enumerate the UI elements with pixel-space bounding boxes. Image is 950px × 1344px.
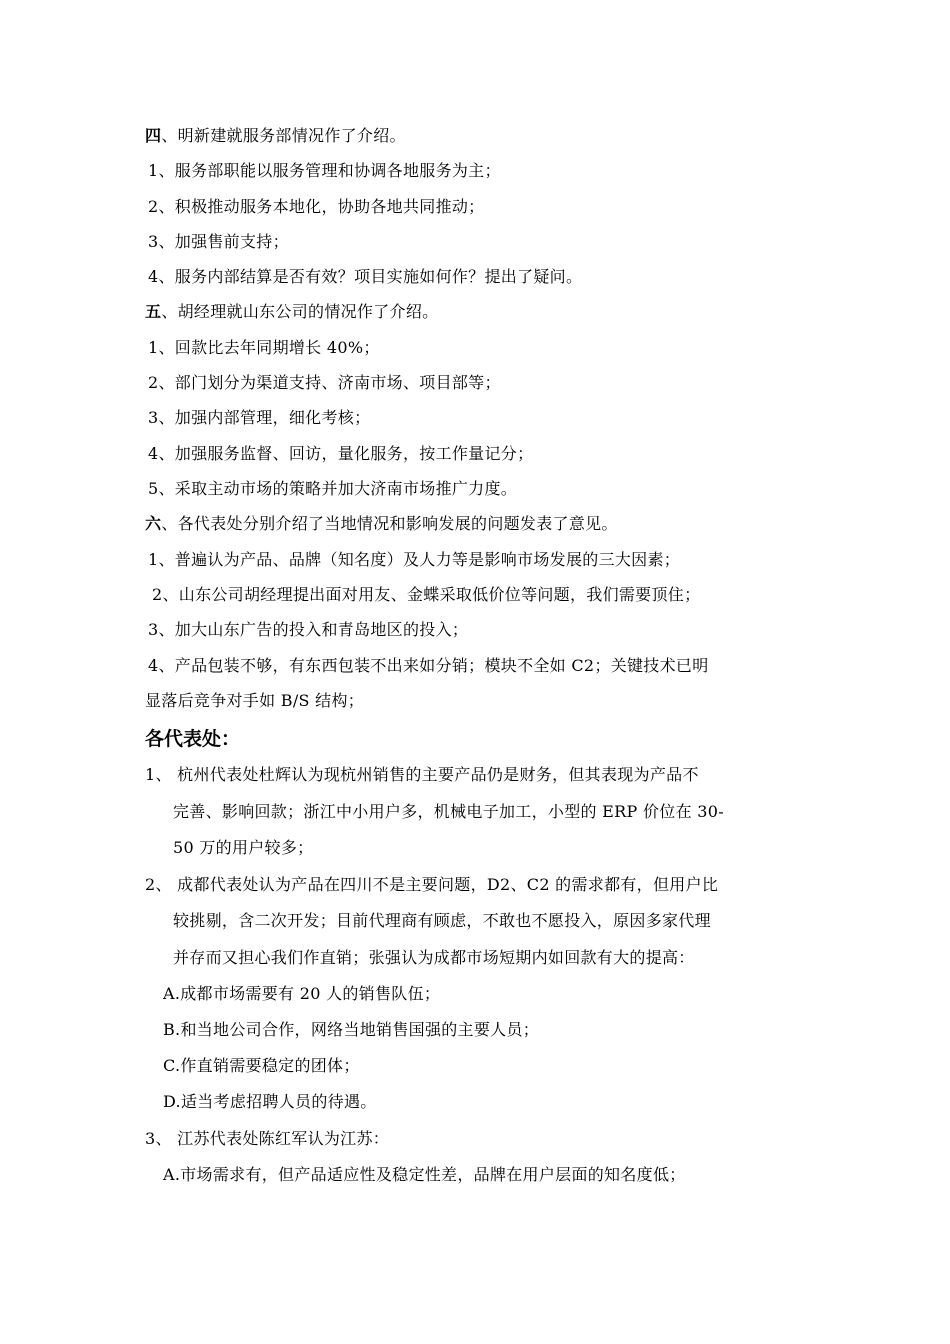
sub-item: A.成都市场需要有 20 人的销售队伍； — [163, 984, 440, 1004]
list-item: 1、普遍认为产品、品牌（知名度）及人力等是影响市场发展的三大因素； — [148, 550, 680, 570]
office-item: 2、 成都代表处认为产品在四川不是主要问题，D2、C2 的需求都有，但用户比 — [145, 875, 718, 895]
list-item: 2、积极推动服务本地化，协助各地共同推动； — [148, 197, 484, 217]
office-item-continuation: 50 万的用户较多； — [173, 838, 313, 858]
list-item: 3、加强内部管理，细化考核； — [148, 408, 370, 428]
list-item: 3、加强售前支持； — [148, 232, 289, 252]
office-item: 1、 杭州代表处杜辉认为现杭州销售的主要产品仍是财务，但其表现为产品不 — [145, 765, 699, 785]
sub-item: A.市场需求有，但产品适应性及稳定性差，品牌在用户层面的知名度低； — [163, 1165, 686, 1185]
office-item: 3、 江苏代表处陈红军认为江苏： — [145, 1129, 389, 1149]
list-item: 4、产品包装不够，有东西包装不出来如分销；模块不全如 C2；关键技术已明 — [148, 656, 709, 676]
section-number: 六 — [145, 514, 161, 533]
list-item: 4、服务内部结算是否有效？项目实施如何作？提出了疑问。 — [148, 267, 582, 287]
section-title: 、胡经理就山东公司的情况作了介绍。 — [161, 302, 438, 321]
list-item: 2、山东公司胡经理提出面对用友、金蝶采取低价位等问题，我们需要顶住； — [152, 585, 700, 605]
list-item: 5、采取主动市场的策略并加大济南市场推广力度。 — [148, 479, 517, 499]
list-item: 3、加大山东广告的投入和青岛地区的投入； — [148, 620, 468, 640]
list-item-continuation: 显落后竞争对手如 B/S 结构； — [145, 691, 364, 711]
sub-item: D.适当考虑招聘人员的待遇。 — [163, 1092, 377, 1112]
section-heading-4: 四、明新建就服务部情况作了介绍。 — [145, 126, 406, 146]
offices-heading: 各代表处： — [145, 727, 240, 751]
office-item-continuation: 并存而又担心我们作直销；张强认为成都市场短期内如回款有大的提高： — [173, 948, 695, 968]
sub-item: B.和当地公司合作，网络当地销售国强的主要人员； — [163, 1020, 539, 1040]
list-item: 2、部门划分为渠道支持、济南市场、项目部等； — [148, 373, 501, 393]
list-item: 4、加强服务监督、回访，量化服务，按工作量记分； — [148, 444, 533, 464]
document-page: 四、明新建就服务部情况作了介绍。 1、服务部职能以服务管理和协调各地服务为主； … — [0, 0, 950, 1344]
section-heading-6: 六、各代表处分别介绍了当地情况和影响发展的问题发表了意见。 — [145, 514, 618, 534]
section-number: 四 — [145, 126, 161, 145]
office-item-continuation: 完善、影响回款；浙江中小用户多，机械电子加工，小型的 ERP 价位在 30- — [173, 802, 724, 822]
office-item-continuation: 较挑剔，含二次开发；目前代理商有顾虑，不敢也不愿投入，原因多家代理 — [173, 911, 711, 931]
sub-item: C.作直销需要稳定的团体； — [163, 1056, 360, 1076]
section-title: 、明新建就服务部情况作了介绍。 — [161, 126, 406, 145]
section-number: 五 — [145, 302, 161, 321]
list-item: 1、回款比去年同期增长 40%； — [148, 338, 380, 358]
section-title: 、各代表处分别介绍了当地情况和影响发展的问题发表了意见。 — [161, 514, 617, 533]
section-heading-5: 五、胡经理就山东公司的情况作了介绍。 — [145, 302, 438, 322]
list-item: 1、服务部职能以服务管理和协调各地服务为主； — [148, 161, 501, 181]
